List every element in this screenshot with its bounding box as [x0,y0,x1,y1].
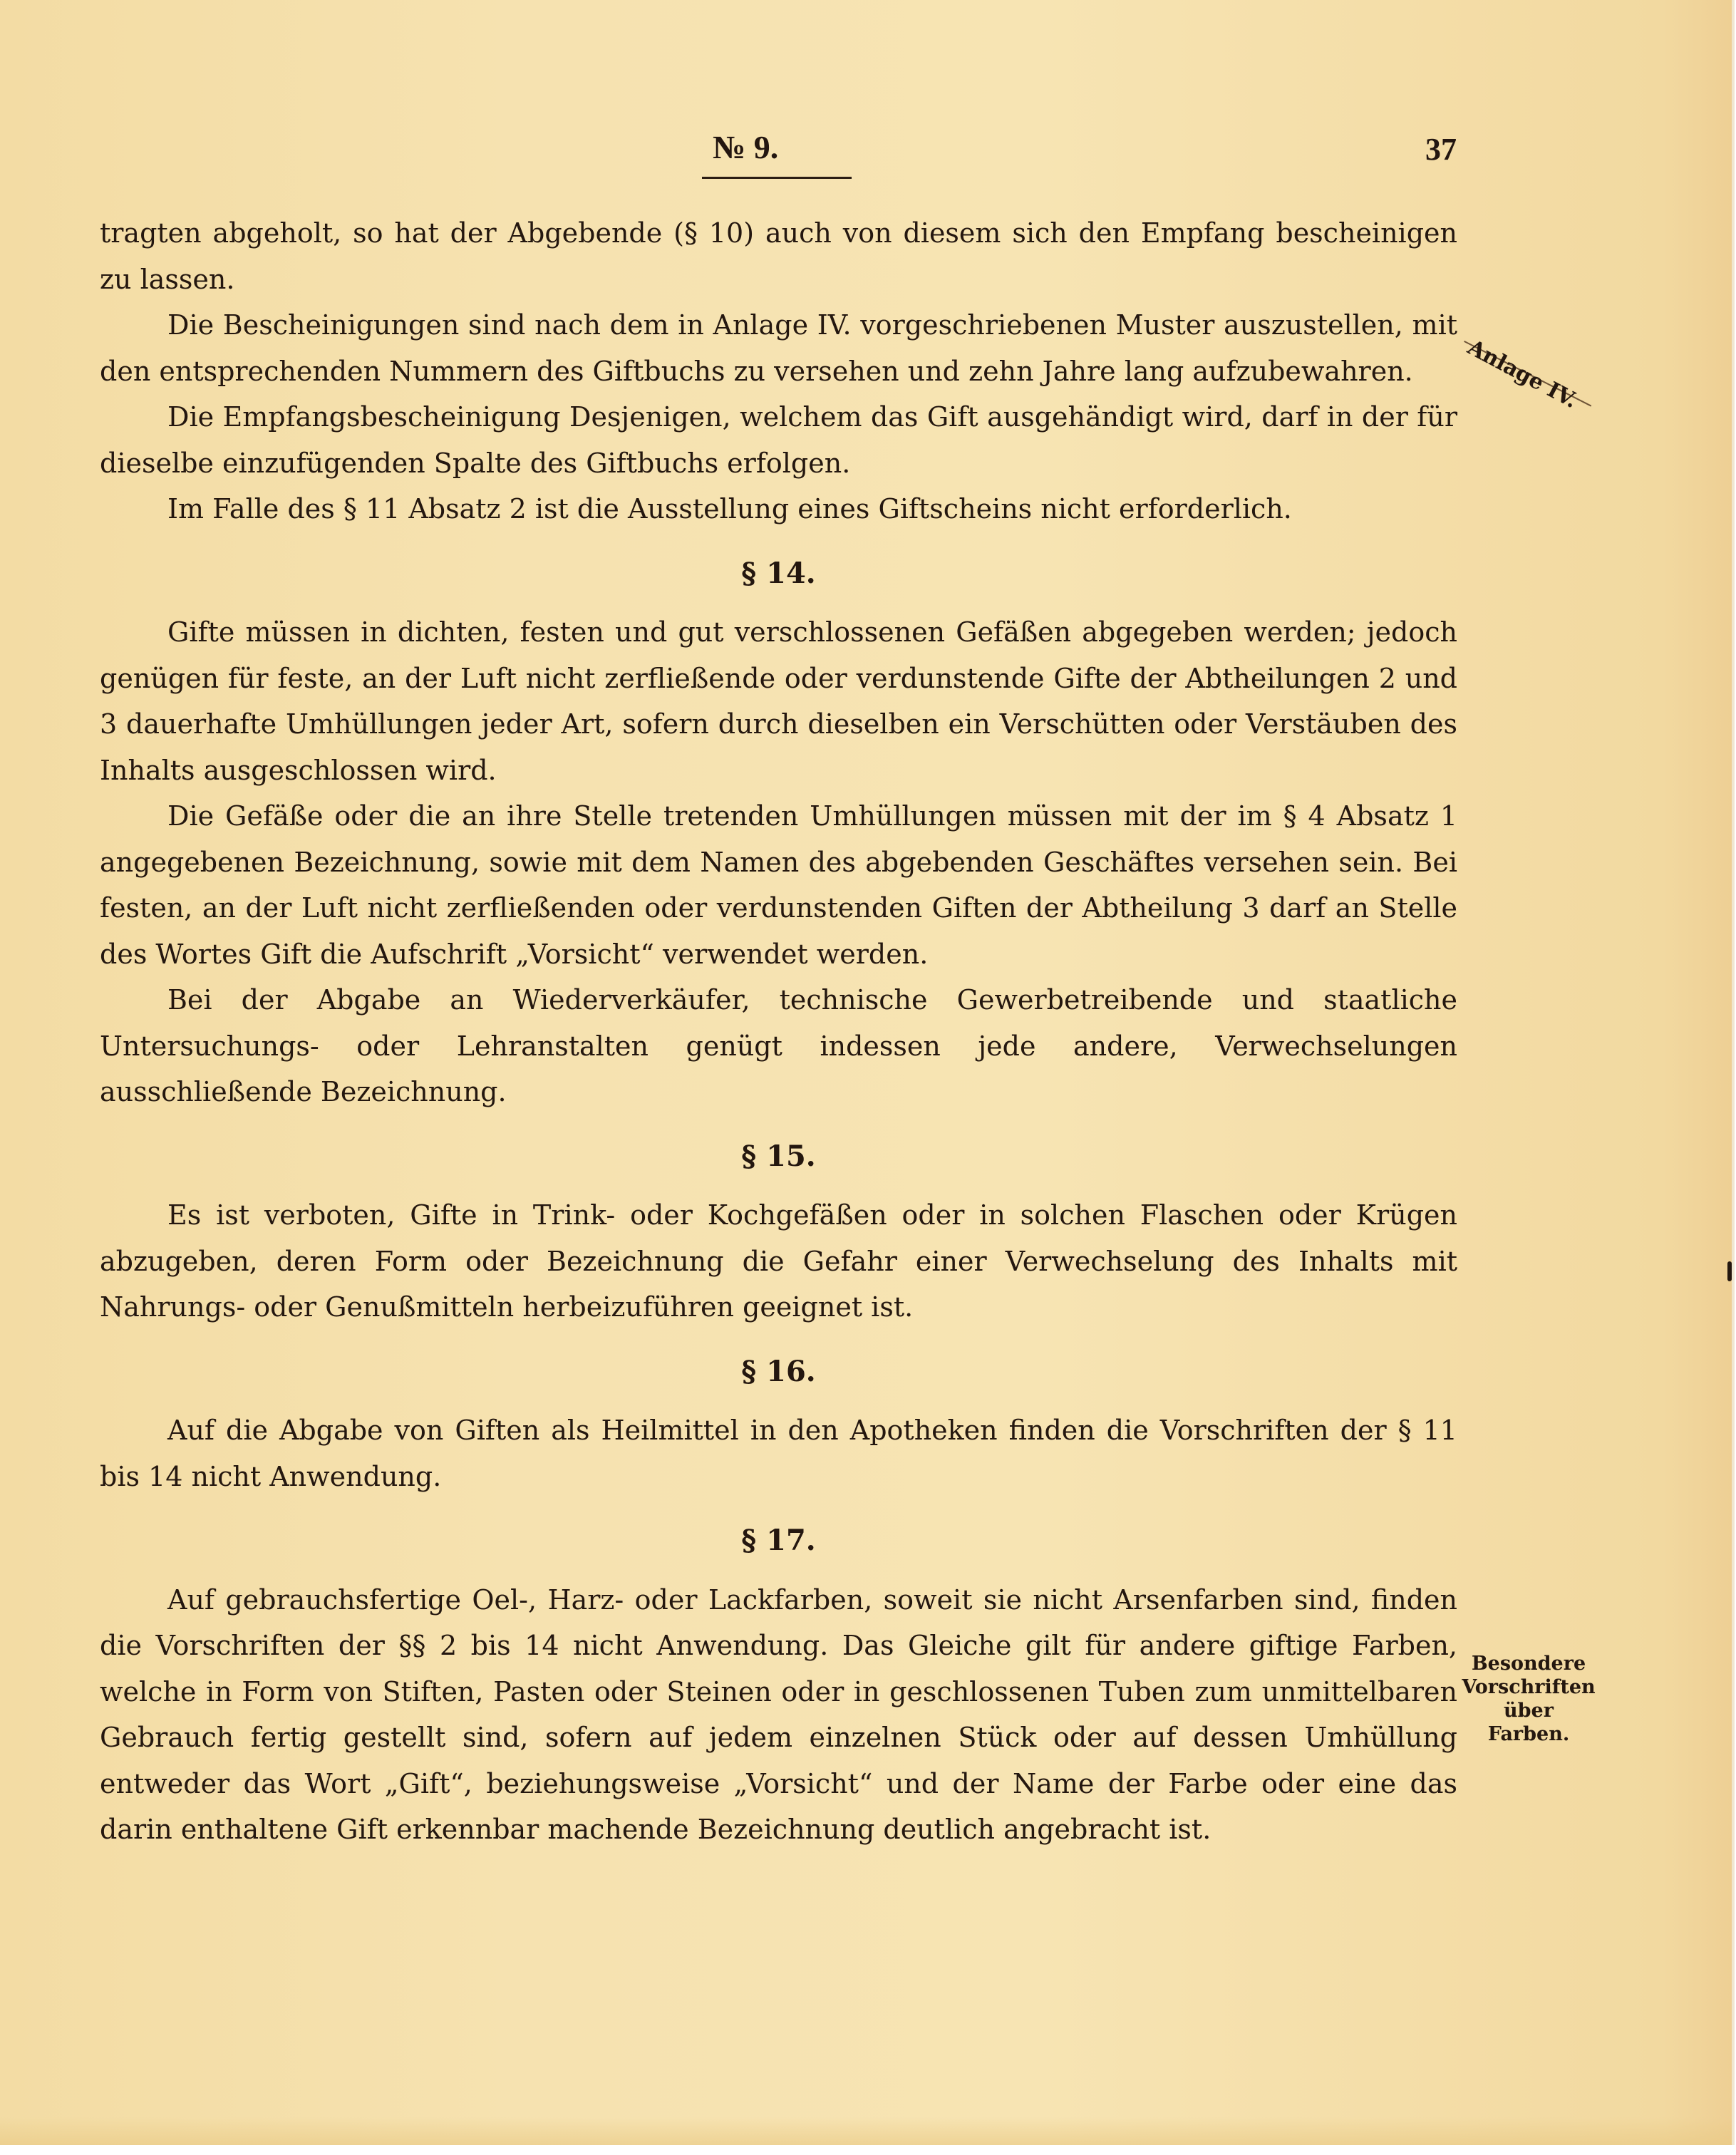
header-underline [702,177,852,179]
margin-note-line: über Farben. [1461,1699,1596,1746]
paragraph: Die Gefäße oder die an ihre Stelle trete… [100,793,1457,977]
section-heading-16: § 16. [100,1349,1457,1395]
page-header: № 9. 37 [0,128,1732,185]
page-number: 37 [1425,131,1457,167]
paragraph: Auf die Abgabe von Giften als Heilmittel… [100,1407,1457,1499]
section-heading-15: § 15. [100,1134,1457,1180]
margin-note-farben: Besondere Vorschriften über Farben. [1461,1652,1596,1746]
document-body: tragten abgeholt, so hat der Abgebende (… [100,210,1457,1853]
paragraph: Die Empfangsbescheinigung Desjenigen, we… [100,394,1457,486]
margin-note-line: Vorschriften [1461,1675,1596,1699]
paragraph: Gifte müssen in dichten, festen und gut … [100,609,1457,793]
section-heading-17: § 17. [100,1518,1457,1564]
section-heading-14: § 14. [100,551,1457,597]
paragraph: Die Bescheinigungen sind nach dem in Anl… [100,302,1457,394]
page-edge-mark [1727,1261,1732,1281]
document-page: № 9. 37 Anlage IV. tragten abgeholt, so … [0,0,1735,2145]
margin-note-anlage: Anlage IV. [1464,335,1582,413]
paragraph: Es ist verboten, Gifte in Trink- oder Ko… [100,1192,1457,1330]
paragraph: Auf gebrauchsfertige Oel-, Harz- oder La… [100,1577,1457,1853]
paragraph: Im Falle des § 11 Absatz 2 ist die Ausst… [100,486,1457,532]
paragraph: Bei der Abgabe an Wiederverkäufer, techn… [100,977,1457,1115]
margin-note-line: Besondere [1461,1652,1596,1675]
paragraph: tragten abgeholt, so hat der Abgebende (… [100,210,1457,302]
issue-number: № 9. [713,128,778,166]
